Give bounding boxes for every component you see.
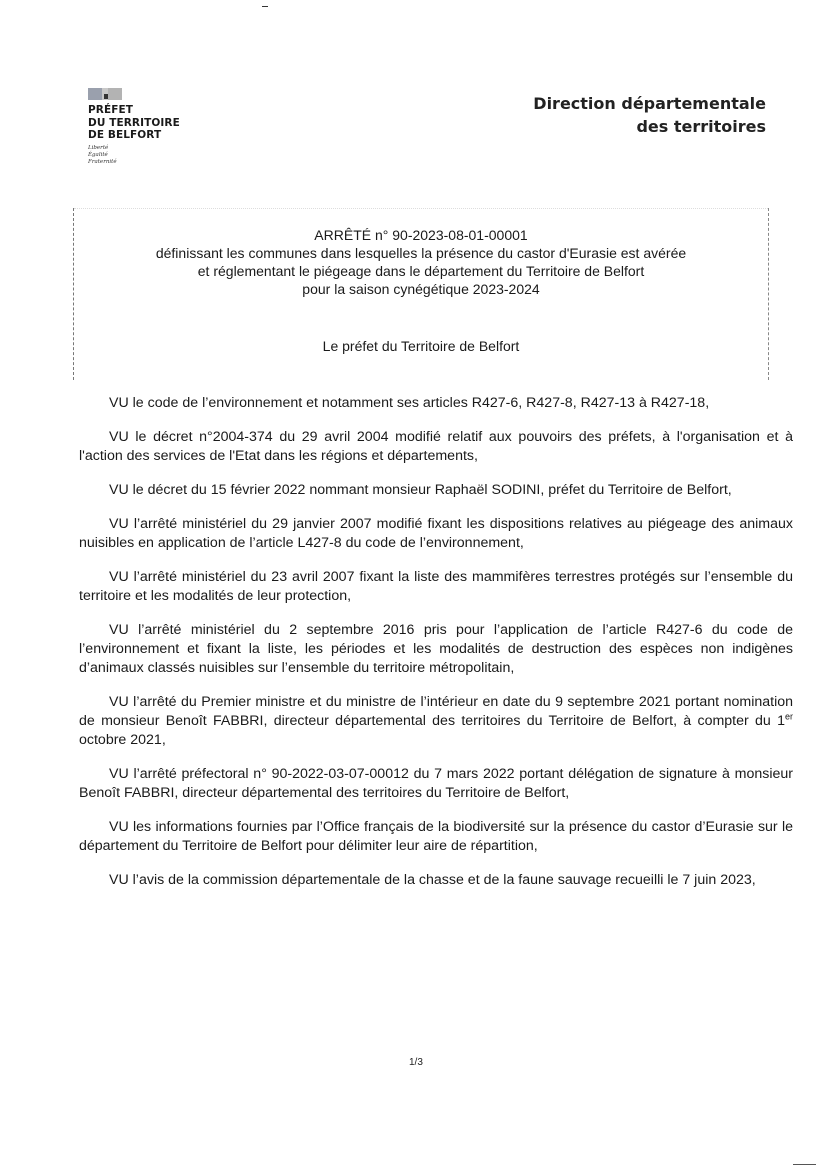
arrete-title: ARRÊTÉ n° 90-2023-08-01-00001 définissan… bbox=[74, 226, 768, 298]
subtitle-line: définissant les communes dans lesquelles… bbox=[74, 244, 768, 262]
title-box: ARRÊTÉ n° 90-2023-08-01-00001 définissan… bbox=[73, 208, 769, 380]
considerant: VU l’arrêté préfectoral n° 90-2022-03-07… bbox=[79, 765, 793, 803]
considerants-list: VU le code de l’environnement et notamme… bbox=[79, 394, 793, 905]
considerant: VU le décret n°2004-374 du 29 avril 2004… bbox=[79, 428, 793, 466]
issuing-direction: Direction départementale des territoires bbox=[533, 92, 766, 138]
republic-motto: Liberté Égalité Fraternité bbox=[88, 145, 228, 166]
prefet-line: Le préfet du Territoire de Belfort bbox=[74, 338, 768, 354]
subtitle-line: et réglementant le piégeage dans le dépa… bbox=[74, 262, 768, 280]
marianne-flag-icon bbox=[88, 88, 122, 100]
scan-mark bbox=[262, 6, 268, 7]
considerant: VU l’arrêté ministériel du 23 avril 2007… bbox=[79, 568, 793, 606]
considerant: VU le code de l’environnement et notamme… bbox=[79, 394, 793, 413]
considerant: VU l’arrêté du Premier ministre et du mi… bbox=[79, 693, 793, 750]
considerant: VU l’arrêté ministériel du 2 septembre 2… bbox=[79, 621, 793, 678]
arrete-number: ARRÊTÉ n° 90-2023-08-01-00001 bbox=[74, 226, 768, 244]
subtitle-line: pour la saison cynégétique 2023-2024 bbox=[74, 280, 768, 298]
considerant: VU les informations fournies par l’Offic… bbox=[79, 818, 793, 856]
considerant: VU l’avis de la commission départemental… bbox=[79, 871, 793, 890]
prefecture-logo: PRÉFET DU TERRITOIRE DE BELFORT Liberté … bbox=[88, 88, 228, 166]
scan-mark bbox=[793, 1164, 816, 1165]
prefecture-name: PRÉFET DU TERRITOIRE DE BELFORT bbox=[88, 104, 228, 142]
page-number: 1/3 bbox=[409, 1057, 423, 1068]
considerant: VU le décret du 15 février 2022 nommant … bbox=[79, 481, 793, 500]
considerant: VU l’arrêté ministériel du 29 janvier 20… bbox=[79, 515, 793, 553]
